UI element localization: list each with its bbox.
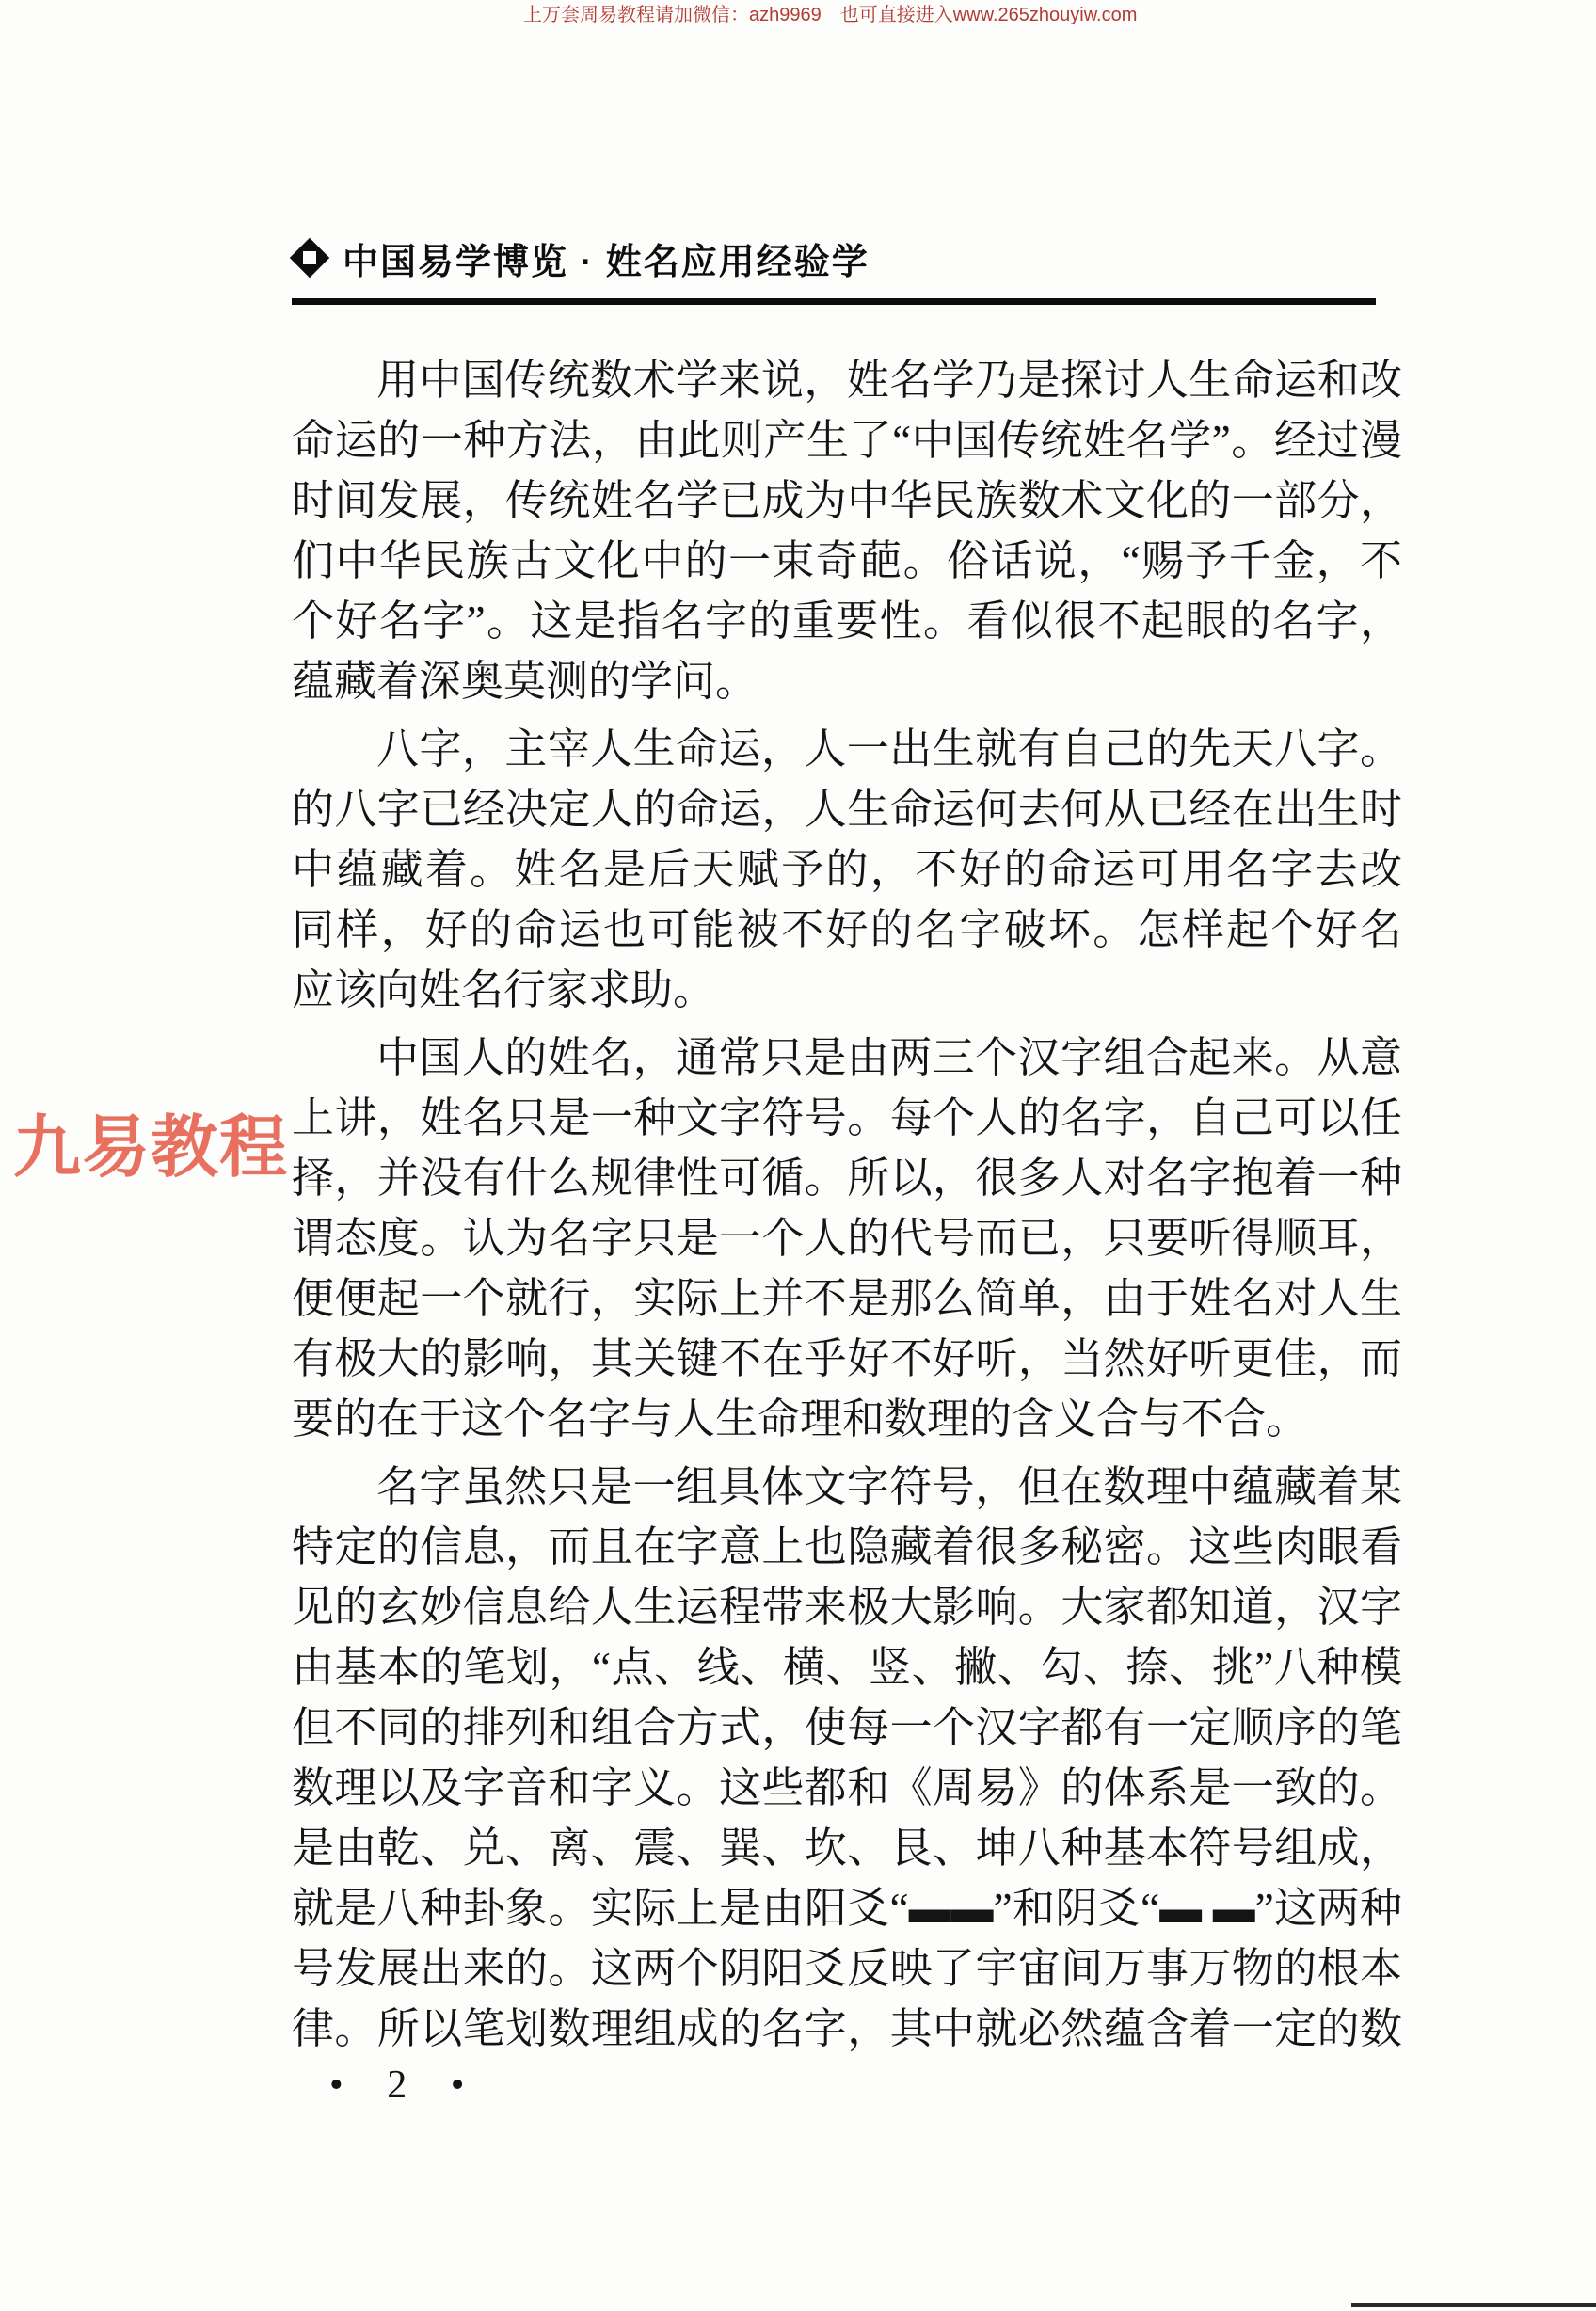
text-line: 同样，好的命运也可能被不好的名字破坏。怎样起个好名字，就 — [292, 900, 1402, 960]
text-line: 中国人的姓名，通常只是由两三个汉字组合起来。从意义 — [292, 1028, 1402, 1088]
diamond-icon-hole — [303, 251, 316, 264]
top-watermark-text: 上万套周易教程请加微信：azh9969 也可直接进入www.265zhouyiw… — [523, 4, 1137, 26]
page-header: 中国易学博览 · 姓名应用经验学 — [295, 233, 870, 282]
text-line: 命运的一种方法，由此则产生了“中国传统姓名学”。经过漫长 — [292, 410, 1402, 470]
text-line: 上讲，姓名只是一种文字符号。每个人的名字，自己可以任意选 — [292, 1088, 1402, 1148]
text-line: 号发展出来的。这两个阴阳爻反映了宇宙间万事万物的根本规 — [292, 1938, 1402, 1999]
text-line: 应该向姓名行家求助。 — [292, 960, 1402, 1020]
text-line: 用中国传统数术学来说，姓名学乃是探讨人生命运和改变 — [292, 350, 1402, 410]
page-number: • 2 • — [329, 2063, 481, 2108]
header-divider — [292, 298, 1376, 305]
text-line: 名字虽然只是一组具体文字符号，但在数理中蕴藏着某些 — [292, 1457, 1402, 1517]
text-line: 时间发展，传统姓名学已成为中华民族数术文化的一部分，是我 — [292, 470, 1402, 531]
text-line: 见的玄妙信息给人生运程带来极大影响。大家都知道，汉字是 — [292, 1577, 1402, 1637]
text-line: 们中华民族古文化中的一束奇葩。俗话说，“赐予千金，不如赐 — [292, 531, 1402, 591]
text-line: 个好名字”。这是指名字的重要性。看似很不起眼的名字，其中 — [292, 591, 1402, 651]
paragraph: 八字，主宰人生命运，人一出生就有自己的先天八字。出生的八字已经决定人的命运，人生… — [292, 719, 1402, 1020]
scan-artifact-line — [1351, 2303, 1596, 2307]
text-line: 蕴藏着深奥莫测的学问。 — [292, 651, 1402, 711]
paragraph: 名字虽然只是一组具体文字符号，但在数理中蕴藏着某些特定的信息，而且在字意上也隐藏… — [292, 1457, 1402, 2059]
text-line: 律。所以笔划数理组成的名字，其中就必然蕴含着一定的数理 — [292, 1999, 1402, 2059]
text-line: 要的在于这个名字与人生命理和数理的含义合与不合。 — [292, 1389, 1402, 1449]
text-line: 由基本的笔划，“点、线、横、竖、撇、勾、捺、挑”八种模式构成的， — [292, 1637, 1402, 1697]
text-line: 但不同的排列和组合方式，使每一个汉字都有一定顺序的笔划 — [292, 1697, 1402, 1758]
text-line: 中蕴藏着。姓名是后天赋予的，不好的命运可用名字去改善。 — [292, 839, 1402, 900]
text-line: 谓态度。认为名字只是一个人的代号而已，只要听得顺耳，随随 — [292, 1208, 1402, 1268]
page-title: 中国易学博览 · 姓名应用经验学 — [343, 232, 870, 284]
text-line: 择，并没有什么规律性可循。所以，很多人对名字抱着一种无所 — [292, 1148, 1402, 1208]
text-line: 数理以及字音和字义。这些都和《周易》的体系是一致的。周易 — [292, 1758, 1402, 1818]
paragraph: 中国人的姓名，通常只是由两三个汉字组合起来。从意义上讲，姓名只是一种文字符号。每… — [292, 1028, 1402, 1449]
paragraph: 用中国传统数术学来说，姓名学乃是探讨人生命运和改变命运的一种方法，由此则产生了“… — [292, 350, 1402, 711]
text-line: 有极大的影响，其关键不在乎好不好听，当然好听更佳，而最重 — [292, 1329, 1402, 1389]
text-line: 便便起一个就行，实际上并不是那么简单，由于姓名对人生运程 — [292, 1268, 1402, 1329]
text-line: 就是八种卦象。实际上是由阳爻“▬▬”和阴爻“▬ ▬”这两种符 — [292, 1878, 1402, 1938]
text-line: 八字，主宰人生命运，人一出生就有自己的先天八字。出生 — [292, 719, 1402, 779]
diamond-icon — [290, 238, 329, 278]
text-line: 特定的信息，而且在字意上也隐藏着很多秘密。这些肉眼看不 — [292, 1517, 1402, 1577]
side-watermark-text: 九易教程 — [13, 1112, 288, 1184]
text-line: 的八字已经决定人的命运，人生命运何去何从已经在出生时间 — [292, 779, 1402, 839]
scanned-book-page: { "page": { "top_watermark": "上万套周易教程请加微… — [0, 0, 1596, 2311]
body-text: 用中国传统数术学来说，姓名学乃是探讨人生命运和改变命运的一种方法，由此则产生了“… — [292, 350, 1402, 2066]
text-line: 是由乾、兑、离、震、巽、坎、艮、坤八种基本符号组成，这八种符号 — [292, 1818, 1402, 1878]
